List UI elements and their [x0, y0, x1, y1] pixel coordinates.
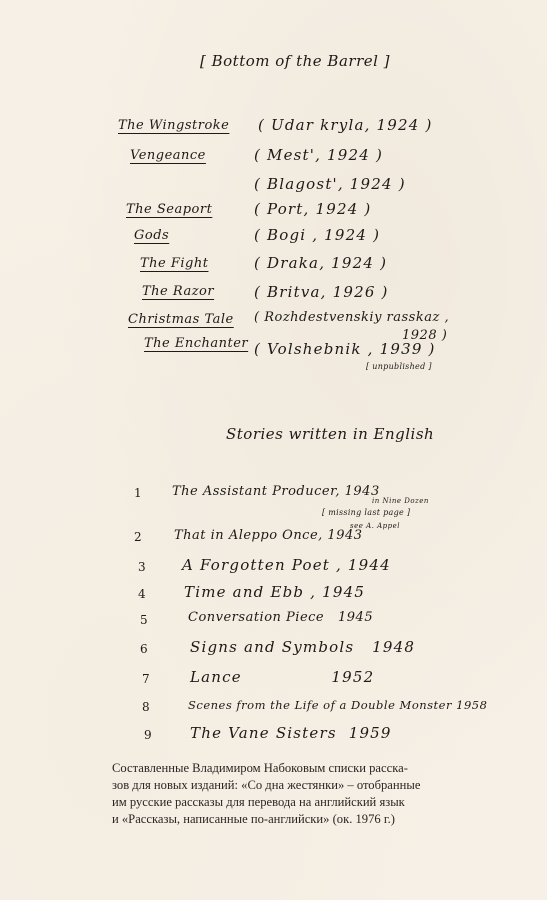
list1-english-title: The Fight	[140, 256, 208, 271]
list1-russian-title: ( Volshebnik , 1939 )	[254, 340, 436, 358]
margin-note: [ missing last page ]	[322, 508, 410, 517]
figure-caption: Составленные Владимиром Набоковым списки…	[112, 760, 442, 828]
list2-title: Scenes from the Life of a Double Monster…	[188, 698, 487, 712]
list2-number: 5	[140, 613, 148, 627]
manuscript-page: [ Bottom of the Barrel ] The Wingstroke …	[0, 0, 547, 900]
list1-russian-title: ( Bogi , 1924 )	[254, 226, 380, 244]
list1-english-title: The Seaport	[126, 202, 212, 217]
list1-russian-title: ( Rozhdestvenskiy rasskaz ,	[254, 310, 449, 325]
caption-line: и «Рассказы, написанные по-английски» (о…	[112, 811, 442, 828]
list2-number: 2	[134, 530, 142, 544]
list1-english-title: The Enchanter	[144, 336, 248, 351]
list1-russian-title: ( Port, 1924 )	[254, 200, 371, 218]
list1-english-title: The Razor	[142, 284, 214, 299]
list1-russian-title: ( Mest', 1924 )	[254, 146, 383, 164]
margin-note: in Nine Dozen	[372, 497, 429, 505]
list2-title: Time and Ebb , 1945	[184, 583, 365, 601]
list2-number: 4	[138, 587, 146, 601]
list2-number: 3	[138, 560, 146, 574]
list1-russian-title: ( Blagost', 1924 )	[254, 175, 406, 193]
list2-title: The Assistant Producer, 1943	[172, 484, 380, 499]
list2-heading: Stories written in English	[226, 425, 434, 443]
list2-title: A Forgotten Poet , 1944	[182, 556, 391, 574]
list1-english-title: The Wingstroke	[118, 118, 229, 133]
caption-line: им русские рассказы для перевода на англ…	[112, 794, 442, 811]
list1-english-title: Vengeance	[130, 148, 206, 163]
list1-russian-title: ( Udar kryla, 1924 )	[258, 116, 433, 134]
list2-number: 8	[142, 700, 150, 714]
list2-number: 1	[134, 486, 142, 500]
list1-russian-title: ( Draka, 1924 )	[254, 254, 387, 272]
list2-number: 6	[140, 642, 148, 656]
list1-heading: [ Bottom of the Barrel ]	[200, 52, 390, 70]
list2-title: The Vane Sisters 1959	[190, 724, 392, 742]
list2-number: 7	[142, 672, 150, 686]
list2-title: That in Aleppo Once, 1943	[174, 528, 363, 543]
list2-title: Conversation Piece 1945	[188, 610, 373, 625]
list1-english-title: Gods	[134, 228, 169, 243]
list2-title: Lance 1952	[190, 668, 374, 686]
caption-line: зов для новых изданий: «Со дна жестянки»…	[112, 777, 442, 794]
caption-line: Составленные Владимиром Набоковым списки…	[112, 760, 442, 777]
list2-title: Signs and Symbols 1948	[190, 638, 415, 656]
unpublished-note: [ unpublished ]	[366, 362, 432, 371]
list1-russian-title: ( Britva, 1926 )	[254, 283, 389, 301]
list1-english-title: Christmas Tale	[128, 312, 234, 327]
list2-number: 9	[144, 728, 152, 742]
